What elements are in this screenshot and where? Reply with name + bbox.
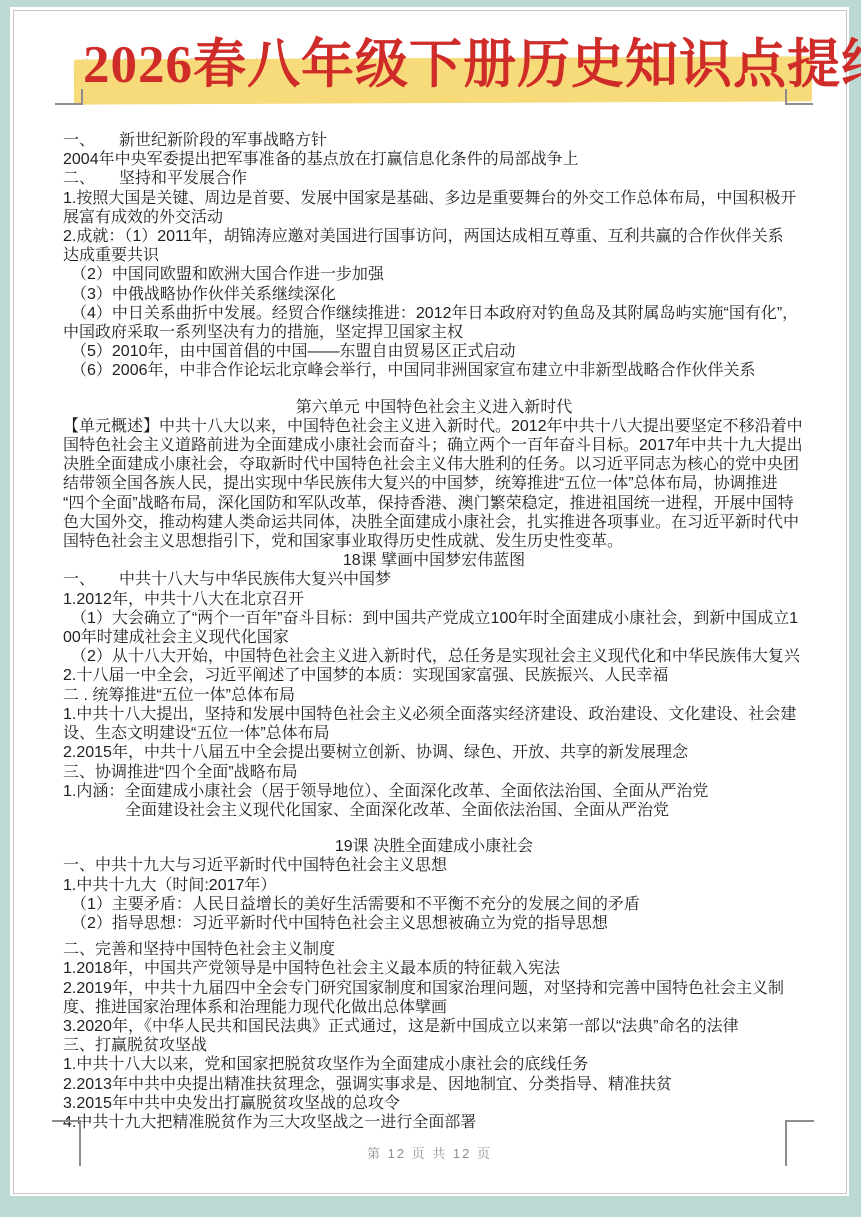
text-line: （5）2010年，由中国首倡的中国——东盟自由贸易区正式启动 (63, 342, 805, 361)
text-line: 色大国外交，推动构建人类命运共同体，决胜全面建成小康社会，扎实推进各项事业。在习… (63, 513, 805, 532)
text-line: 度、推进国家治理体系和治理能力现代化做出总体擘画 (63, 998, 805, 1017)
document-body: 一、 新世纪新阶段的军事战略方针2004年中央军委提出把军事准备的基点放在打赢信… (63, 131, 805, 1132)
text-line: 国特色社会主义道路前进为全面建成小康社会而奋斗；确立两个一百年奋斗目标。2017… (63, 436, 805, 455)
text-line: 2.2015年，中共十八届五中全会提出要树立创新、协调、绿色、开放、共享的新发展… (63, 743, 805, 762)
text-line: 中国政府采取一系列坚决有力的措施，坚定捍卫国家主权 (63, 323, 805, 342)
text-line: 二 . 统筹推进“五位一体”总体布局 (63, 686, 805, 705)
text-line: 二、完善和坚持中国特色社会主义制度 (63, 940, 805, 959)
text-line: 3.2015年中共中央发出打赢脱贫攻坚战的总攻令 (63, 1094, 805, 1113)
text-line: 【单元概述】中共十八大以来，中国特色社会主义进入新时代。2012年中共十八大提出… (63, 417, 805, 436)
text-line: 一、中共十九大与习近平新时代中国特色社会主义思想 (63, 856, 805, 875)
text-line: （4）中日关系曲折中发展。经贸合作继续推进：2012年日本政府对钓鱼岛及其附属岛… (63, 304, 805, 323)
document-page-background: { "colors": { "accent_red": "#cf2b28", "… (0, 0, 861, 1217)
text-line: “四个全面”战略布局，深化国防和军队改革，保持香港、澳门繁荣稳定，推进祖国统一进… (63, 494, 805, 513)
text-line: 第六单元 中国特色社会主义进入新时代 (63, 398, 805, 417)
text-line: 1.2018年，中国共产党领导是中国特色社会主义最本质的特征载入宪法 (63, 959, 805, 978)
text-line: 三、打赢脱贫攻坚战 (63, 1036, 805, 1055)
text-line: 三、协调推进“四个全面”战略布局 (63, 763, 805, 782)
text-line: 一、 中共十八大与中华民族伟大复兴中国梦 (63, 570, 805, 589)
text-line: （2）从十八大开始，中国特色社会主义进入新时代，总任务是实现社会主义现代化和中华… (63, 647, 805, 666)
text-line: 1.中共十八大以来，党和国家把脱贫攻坚作为全面建成小康社会的底线任务 (63, 1055, 805, 1074)
text-line: 3.2020年，《中华人民共和国民法典》正式通过，这是新中国成立以来第一部以“法… (63, 1017, 805, 1036)
page-number-footer: 第 12 页 共 12 页 (10, 1143, 849, 1162)
text-line: 1.中共十九大（时间:2017年） (63, 876, 805, 895)
text-line: 2.成就：（1）2011年，胡锦涛应邀对美国进行国事访问，两国达成相互尊重、互利… (63, 227, 805, 246)
crop-mark-top-right-icon (785, 89, 813, 105)
text-line: 1.按照大国是关键、周边是首要、发展中国家是基础、多边是重要舞台的外交工作总体布… (63, 189, 805, 208)
text-line: 4.中共十九大把精准脱贫作为三大攻坚战之一进行全面部署 (63, 1113, 805, 1132)
text-line: 设、生态文明建设“五位一体”总体布局 (63, 724, 805, 743)
text-line: （1）主要矛盾：人民日益增长的美好生活需要和不平衡不充分的发展之间的矛盾 (63, 895, 805, 914)
text-line: 国特色社会主义思想指引下，党和国家事业取得历史性成就、发生历史性变革。 (63, 532, 805, 551)
text-line: 1.内涵：全面建成小康社会（居于领导地位）、全面深化改革、全面依法治国、全面从严… (63, 782, 805, 801)
text-line: 2.2013年中共中央提出精准扶贫理念，强调实事求是、因地制宜、分类指导、精准扶… (63, 1075, 805, 1094)
text-line: 1.中共十八大提出，坚持和发展中国特色社会主义必须全面落实经济建设、政治建设、文… (63, 705, 805, 724)
text-line: 2.2019年，中共十九届四中全会专门研究国家制度和国家治理问题，对坚持和完善中… (63, 979, 805, 998)
text-line: 2.十八届一中全会，习近平阐述了中国梦的本质：实现国家富强、民族振兴、人民幸福 (63, 666, 805, 685)
text-line: 结带领全国各族人民，提出实现中华民族伟大复兴的中国梦，统筹推进“五位一体”总体布… (63, 474, 805, 493)
text-line: 二、 坚持和平发展合作 (63, 169, 805, 188)
text-line: 1.2012年，中共十八大在北京召开 (63, 590, 805, 609)
document-page: 八年级下册历史知识点提纲 2026春八年级下册历史知识点提纲 一、 新世纪新阶段… (10, 7, 849, 1196)
text-line: 全面建设社会主义现代化国家、全面深化改革、全面依法治国、全面从严治党 (63, 801, 805, 820)
text-line: 一、 新世纪新阶段的军事战略方针 (63, 131, 805, 150)
text-line: （2）指导思想：习近平新时代中国特色社会主义思想被确立为党的指导思想 (63, 914, 805, 933)
page-title: 2026春八年级下册历史知识点提纲 (83, 29, 823, 101)
text-line: 2004年中央军委提出把军事准备的基点放在打赢信息化条件的局部战争上 (63, 150, 805, 169)
text-line: 00年时建成社会主义现代化国家 (63, 628, 805, 647)
crop-mark-top-left-icon (55, 89, 83, 105)
text-line: （1）大会确立了“两个一百年”奋斗目标：到中国共产党成立100年时全面建成小康社… (63, 609, 805, 628)
text-line: （3）中俄战略协作伙伴关系继续深化 (63, 285, 805, 304)
text-line: 决胜全面建成小康社会，夺取新时代中国特色社会主义伟大胜利的任务。以习近平同志为核… (63, 455, 805, 474)
text-line: 18课 擘画中国梦宏伟蓝图 (63, 551, 805, 570)
crop-mark-bottom-right-icon (785, 1120, 814, 1166)
text-line: 19课 决胜全面建成小康社会 (63, 837, 805, 856)
text-line: 展富有成效的外交活动 (63, 208, 805, 227)
crop-mark-bottom-left-icon (52, 1120, 81, 1166)
text-line: （2）中国同欧盟和欧洲大国合作进一步加强 (63, 265, 805, 284)
text-line: （6）2006年，中非合作论坛北京峰会举行，中国同非洲国家宣布建立中非新型战略合… (63, 361, 805, 380)
text-line: 达成重要共识 (63, 246, 805, 265)
